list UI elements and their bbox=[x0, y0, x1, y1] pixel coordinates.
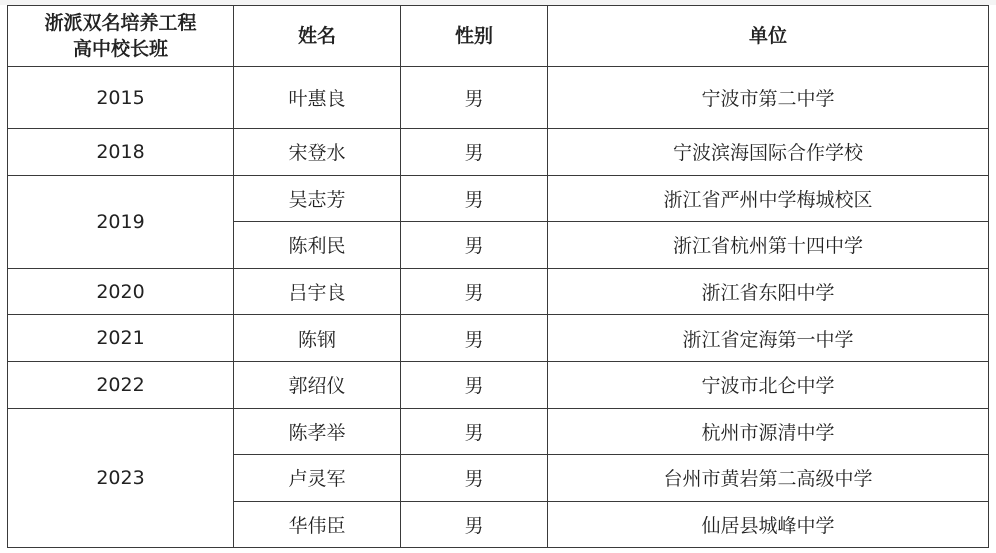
gender-cell: 男 bbox=[401, 455, 548, 502]
name-cell: 吕宇良 bbox=[234, 268, 401, 315]
header-program-line1: 浙派双名培养工程 bbox=[8, 10, 233, 36]
header-gender: 性别 bbox=[401, 6, 548, 67]
name-cell: 陈孝举 bbox=[234, 408, 401, 455]
header-name: 姓名 bbox=[234, 6, 401, 67]
table-row: 2021 陈钢 男 浙江省定海第一中学 bbox=[8, 315, 989, 362]
table-row: 2019 吴志芳 男 浙江省严州中学梅城校区 bbox=[8, 175, 989, 222]
gender-cell: 男 bbox=[401, 67, 548, 129]
year-cell: 2021 bbox=[8, 315, 234, 362]
gender-cell: 男 bbox=[401, 129, 548, 176]
year-cell: 2018 bbox=[8, 129, 234, 176]
unit-cell: 浙江省定海第一中学 bbox=[548, 315, 989, 362]
table-row: 2023 陈孝举 男 杭州市源清中学 bbox=[8, 408, 989, 455]
gender-cell: 男 bbox=[401, 501, 548, 548]
name-cell: 陈钢 bbox=[234, 315, 401, 362]
gender-cell: 男 bbox=[401, 361, 548, 408]
unit-cell: 浙江省严州中学梅城校区 bbox=[548, 175, 989, 222]
gender-cell: 男 bbox=[401, 408, 548, 455]
principal-roster-table: 浙派双名培养工程 高中校长班 姓名 性别 单位 2015 叶惠良 男 宁波市第二… bbox=[7, 5, 989, 548]
year-cell: 2015 bbox=[8, 67, 234, 129]
table-row: 2015 叶惠良 男 宁波市第二中学 bbox=[8, 67, 989, 129]
name-cell: 郭绍仪 bbox=[234, 361, 401, 408]
name-cell: 宋登水 bbox=[234, 129, 401, 176]
unit-cell: 杭州市源清中学 bbox=[548, 408, 989, 455]
unit-cell: 浙江省杭州第十四中学 bbox=[548, 222, 989, 269]
name-cell: 叶惠良 bbox=[234, 67, 401, 129]
table-row: 2020 吕宇良 男 浙江省东阳中学 bbox=[8, 268, 989, 315]
year-cell: 2022 bbox=[8, 361, 234, 408]
gender-cell: 男 bbox=[401, 268, 548, 315]
unit-cell: 仙居县城峰中学 bbox=[548, 501, 989, 548]
year-cell: 2023 bbox=[8, 408, 234, 548]
header-program: 浙派双名培养工程 高中校长班 bbox=[8, 6, 234, 67]
table-row: 2018 宋登水 男 宁波滨海国际合作学校 bbox=[8, 129, 989, 176]
header-program-line2: 高中校长班 bbox=[8, 36, 233, 62]
unit-cell: 宁波滨海国际合作学校 bbox=[548, 129, 989, 176]
header-unit: 单位 bbox=[548, 6, 989, 67]
name-cell: 吴志芳 bbox=[234, 175, 401, 222]
unit-cell: 浙江省东阳中学 bbox=[548, 268, 989, 315]
name-cell: 卢灵军 bbox=[234, 455, 401, 502]
year-cell: 2020 bbox=[8, 268, 234, 315]
gender-cell: 男 bbox=[401, 222, 548, 269]
gender-cell: 男 bbox=[401, 315, 548, 362]
year-cell: 2019 bbox=[8, 175, 234, 268]
unit-cell: 台州市黄岩第二高级中学 bbox=[548, 455, 989, 502]
table-row: 2022 郭绍仪 男 宁波市北仑中学 bbox=[8, 361, 989, 408]
name-cell: 陈利民 bbox=[234, 222, 401, 269]
gender-cell: 男 bbox=[401, 175, 548, 222]
name-cell: 华伟臣 bbox=[234, 501, 401, 548]
unit-cell: 宁波市北仑中学 bbox=[548, 361, 989, 408]
unit-cell: 宁波市第二中学 bbox=[548, 67, 989, 129]
header-row: 浙派双名培养工程 高中校长班 姓名 性别 单位 bbox=[8, 6, 989, 67]
